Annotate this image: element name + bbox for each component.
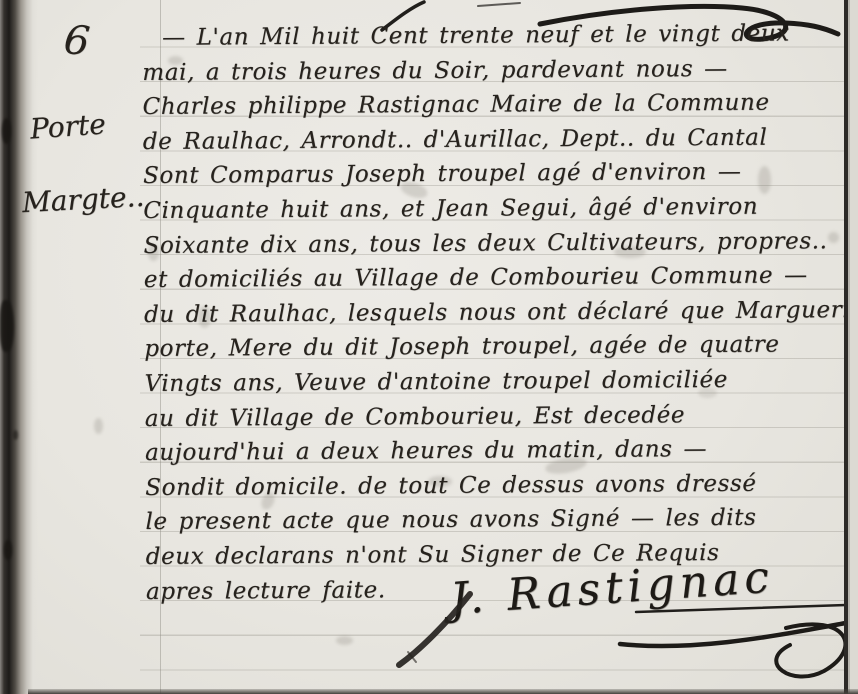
margin-deceased-firstname: Margte.. [21, 180, 145, 219]
binding-ink-blot [4, 540, 12, 560]
book-binding-edge [0, 0, 38, 694]
handwritten-line: au dit Village de Combourieu, Est decedé… [145, 397, 858, 437]
page-bottom-edge [28, 689, 858, 694]
handwritten-line: du dit Raulhac, lesquels nous ont déclar… [144, 293, 858, 333]
handwritten-line: mai, a trois heures du Soir, pardevant n… [142, 51, 858, 91]
death-register-scan: 6 Porte Margte.. — L'an Mil huit Cent tr… [0, 0, 858, 694]
binding-ink-blot [13, 430, 18, 440]
handwritten-line: Charles philippe Rastignac Maire de la C… [142, 85, 858, 125]
margin-act-number: 6 [62, 17, 92, 65]
handwritten-line: — L'an Mil huit Cent trente neuf et le v… [142, 16, 858, 56]
flourish-stroke [478, 3, 520, 6]
binding-ink-blot [2, 118, 11, 144]
handwritten-line: Vingts ans, Veuve d'antoine troupel domi… [144, 362, 858, 402]
ink-smudge [94, 418, 103, 434]
handwritten-line: le present acte que nous avons Signé — l… [145, 500, 858, 540]
handwritten-line: de Raulhac, Arrondt.. d'Aurillac, Dept..… [143, 120, 858, 160]
handwritten-line: Sondit domicile. de tout Ce dessus avons… [145, 466, 858, 506]
ink-smudge [336, 636, 353, 645]
act-body-text: — L'an Mil huit Cent trente neuf et le v… [142, 16, 858, 609]
handwritten-line: Sont Comparus Joseph troupel agé d'envir… [143, 154, 858, 194]
margin-deceased-surname: Porte [29, 107, 107, 145]
handwritten-line: Cinquante huit ans, et Jean Segui, âgé d… [143, 189, 858, 229]
handwritten-line: Soixante dix ans, tous les deux Cultivat… [143, 224, 858, 264]
handwritten-line: aujourd'hui a deux heures du matin, dans… [145, 431, 858, 471]
binding-ink-blot [0, 300, 14, 352]
adjacent-page-sliver [848, 0, 858, 694]
handwritten-line: et domiciliés au Village de Combourieu C… [144, 258, 858, 298]
handwritten-line: porte, Mere du dit Joseph troupel, agée … [144, 327, 858, 367]
page-edge-line [844, 0, 848, 694]
